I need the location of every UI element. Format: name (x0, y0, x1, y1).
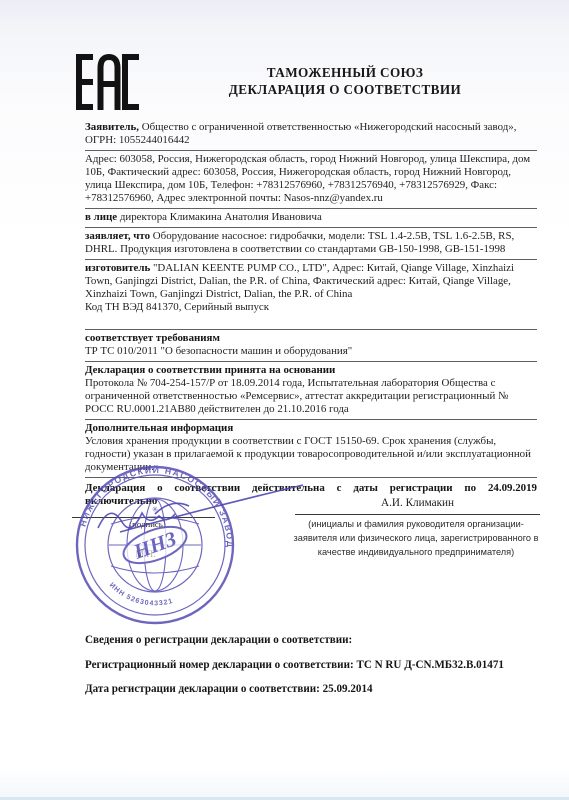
registration-date-label: Дата регистрации декларации о соответств… (85, 683, 320, 695)
declares-row: заявляет, что Оборудование насосное: гид… (85, 228, 537, 260)
complies-row: соответствует требованиям ТР ТС 010/2011… (85, 330, 537, 362)
represented-by-label: в лице (85, 211, 117, 223)
registration-date-value: 25.09.2014 (323, 683, 373, 695)
applicant-text: Общество с ограниченной ответственностью… (85, 121, 516, 146)
page-title: ТАМОЖЕННЫЙ СОЮЗ ДЕКЛАРАЦИЯ О СООТВЕТСТВИ… (145, 64, 545, 98)
address-text: Адрес: 603058, Россия, Нижегородская обл… (85, 153, 530, 204)
registration-block: Сведения о регистрации декларации о соот… (85, 634, 545, 708)
basis-text: Протокола № 704-254-157/Р от 18.09.2014 … (85, 377, 537, 416)
head-name-line (295, 514, 540, 515)
complies-text: ТР ТС 010/2011 "О безопасности машин и о… (85, 345, 537, 358)
address-row: Адрес: 603058, Россия, Нижегородская обл… (85, 151, 537, 209)
declares-label: заявляет, что (85, 230, 150, 242)
declares-text: Оборудование насосное: гидробачки, модел… (85, 230, 514, 255)
manufacturer-label: изготовитель (85, 262, 150, 274)
registration-number-label: Регистрационный номер декларации о соотв… (85, 659, 354, 671)
basis-label: Декларация о соответствии принята на осн… (85, 364, 537, 377)
registration-number-line: Регистрационный номер декларации о соотв… (85, 659, 545, 671)
basis-row: Декларация о соответствии принята на осн… (85, 362, 537, 420)
complies-label: соответствует требованиям (85, 332, 537, 345)
declaration-document: ТАМОЖЕННЫЙ СОЮЗ ДЕКЛАРАЦИЯ О СООТВЕТСТВИ… (0, 0, 569, 800)
signature-ink-icon (60, 452, 320, 567)
registration-date-line: Дата регистрации декларации о соответств… (85, 683, 545, 695)
tnved-text: Код ТН ВЭД 841370, Серийный выпуск (85, 301, 537, 314)
applicant-label: Заявитель, (85, 121, 139, 133)
registration-number-value: ТС N RU Д-CN.МБ32.В.01471 (356, 659, 503, 671)
applicant-row: Заявитель, Общество с ограниченной ответ… (85, 119, 537, 151)
manufacturer-text: "DALIAN KEENTE PUMP CO., LTD", Адрес: Ки… (85, 262, 514, 300)
represented-by-text: директора Климакина Анатолия Ивановича (120, 211, 322, 223)
manufacturer-row: изготовитель "DALIAN KEENTE PUMP CO., LT… (85, 260, 537, 330)
eac-mark-icon (76, 54, 140, 110)
registration-heading: Сведения о регистрации декларации о соот… (85, 634, 545, 646)
represented-by-row: в лице директора Климакина Анатолия Иван… (85, 209, 537, 228)
title-line-1: ТАМОЖЕННЫЙ СОЮЗ (145, 64, 545, 81)
title-line-2: ДЕКЛАРАЦИЯ О СООТВЕТСТВИИ (145, 81, 545, 98)
head-name: А.И. Климакин (295, 497, 540, 509)
additional-info-label: Дополнительная информация (85, 422, 537, 435)
